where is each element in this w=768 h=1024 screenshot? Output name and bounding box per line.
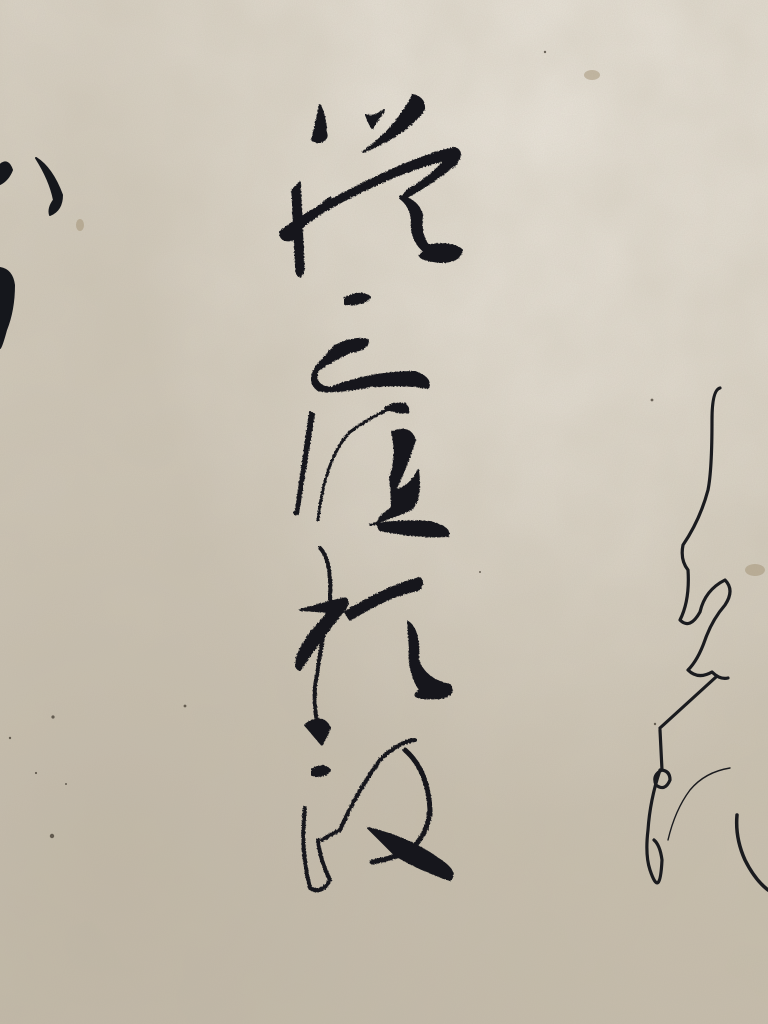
calligraphy-photo [0,0,768,1024]
left-edge-partial-glyphs [0,0,768,1024]
